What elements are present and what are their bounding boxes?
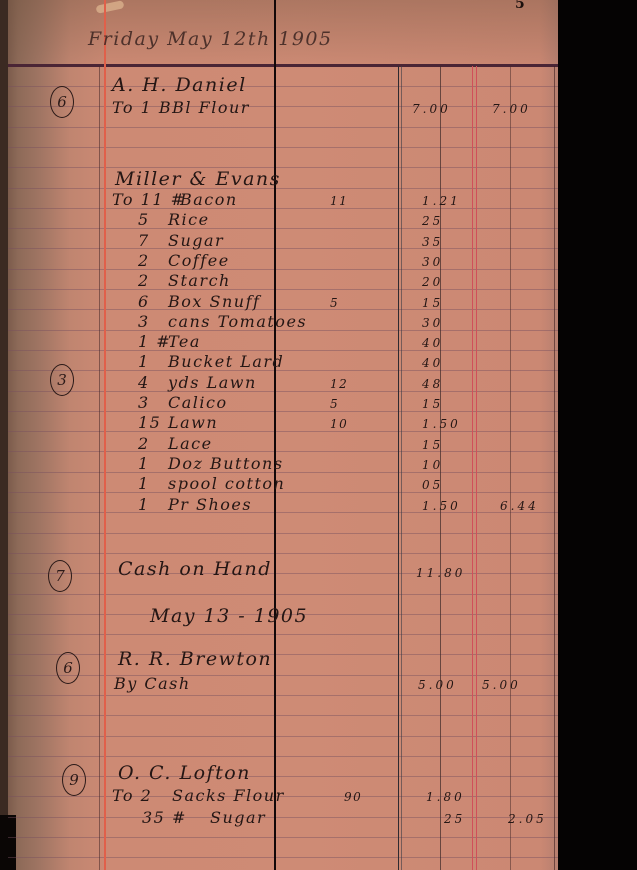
line-description: Sugar [168,231,224,250]
line-amount: 5.00 [418,678,457,692]
line-description: Calico [168,393,228,412]
line-amount: 1.50 [422,499,461,513]
line-amount: 15 [422,438,443,452]
ledger-page: 5 Friday May 12th 1905 6 A. H. Daniel To… [0,0,558,870]
account-name: Cash on Hand [118,558,272,580]
line-qty: 1 [138,474,150,493]
account-name: O. C. Lofton [118,762,251,784]
binding-shadow [0,815,16,870]
line-amount: 10 [422,458,443,472]
line-rate: 12 [330,377,348,391]
line-description: yds Lawn [168,373,257,392]
page-date-header: Friday May 12th 1905 [88,28,333,50]
line-amount: 15 [422,397,443,411]
line-description: Sugar [210,808,266,827]
red-total-rule-right [476,66,477,870]
line-description: Coffee [168,251,230,270]
account-name: Miller & Evans [115,168,281,190]
entry-reference-mark: 7 [48,560,72,592]
line-qty: 1 [138,495,150,514]
line-qty: 1 # [138,332,171,351]
line-description: spool cotton [168,474,285,493]
line-amount: 30 [422,316,443,330]
line-qty: 3 [138,393,150,412]
line-amount: 11.80 [416,566,465,580]
line-total: 2.05 [508,812,547,826]
entry-reference-mark: 9 [62,764,86,796]
account-name: A. H. Daniel [112,74,247,96]
line-rate: 5 [330,397,339,411]
line-amount: 30 [422,255,443,269]
line-amount: 25 [422,214,443,228]
line-description: Bacon [180,190,238,209]
line-amount: 15 [422,296,443,310]
line-rate: 11 [330,194,348,208]
red-total-rule-left [472,66,473,870]
line-amount: 20 [422,275,443,289]
line-amount: 1.50 [422,417,461,431]
line-description: To 1 BBl Flour [112,98,250,117]
line-amount: 1.21 [422,194,461,208]
line-amount: 7.00 [412,102,451,116]
line-amount: 25 [444,812,465,826]
entry-reference-mark: 6 [56,652,80,684]
line-qty: 2 [138,251,150,270]
line-amount: 05 [422,478,443,492]
line-qty: 2 [138,271,150,290]
paper-stain [95,0,124,14]
line-qty: 1 [138,352,150,371]
line-qty: 2 [138,434,150,453]
binding-spine [0,0,8,870]
line-amount: 40 [422,356,443,370]
line-amount: 1.80 [426,790,465,804]
line-total: 5.00 [482,678,521,692]
line-qty: To 2 [112,786,152,805]
line-rate: 5 [330,296,339,310]
center-fold-rule [274,0,276,870]
line-qty: 1 [138,454,150,473]
amount-column-rule-inner [401,66,402,870]
line-rate: 90 [344,790,362,804]
date-heading: May 13 - 1905 [150,605,308,627]
red-margin-rule [104,0,106,870]
line-qty: 5 [138,210,150,229]
page-corner-number: 5 [515,0,525,12]
line-description: Sacks Flour [172,786,285,805]
line-description: Pr Shoes [168,495,252,514]
line-qty: 6 [138,292,150,311]
page-edge-rule [554,66,555,870]
line-qty: 35 # [142,808,187,827]
line-amount: 35 [422,235,443,249]
line-qty: 15 [138,413,161,432]
line-description: Lawn [168,413,218,432]
line-description: Tea [168,332,201,351]
total-cents-rule [510,66,511,870]
account-name: R. R. Brewton [118,648,272,670]
line-amount: 40 [422,336,443,350]
line-description: Rice [168,210,210,229]
line-total: 6.44 [500,499,539,513]
margin-rule [99,66,100,870]
amount-column-rule [398,66,399,870]
line-description: Starch [168,271,231,290]
line-qty: 4 [138,373,150,392]
entry-reference-mark: 3 [50,364,74,396]
line-rate: 10 [330,417,348,431]
line-description: Box Snuff [168,292,260,311]
line-total: 7.00 [492,102,531,116]
line-qty: To 11 # [112,190,186,209]
line-description: Bucket Lard [168,352,284,371]
line-description: By Cash [114,674,191,693]
line-qty: 3 [138,312,150,331]
line-qty: 7 [138,231,150,250]
line-description: Doz Buttons [168,454,284,473]
line-description: cans Tomatoes [168,312,307,331]
line-amount: 48 [422,377,443,391]
entry-reference-mark: 6 [50,86,74,118]
line-description: Lace [168,434,213,453]
